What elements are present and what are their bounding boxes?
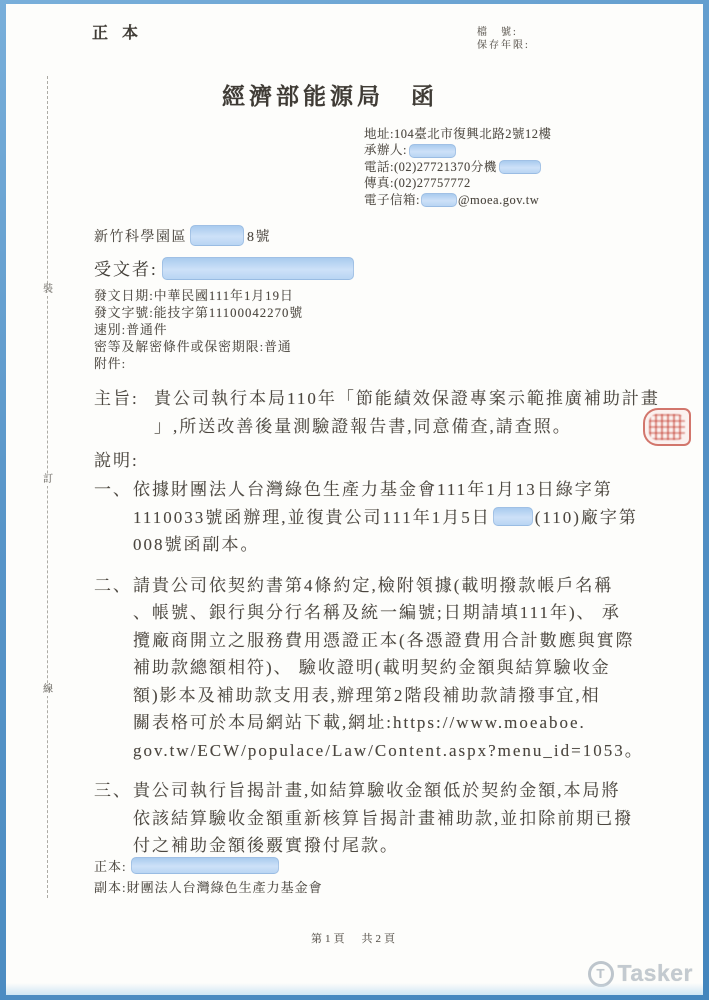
tasker-logo-icon: T [588, 961, 614, 987]
attachment: 附件: [94, 356, 303, 373]
item1-line3: 008號函副本。 [133, 535, 260, 554]
contact-person-row: 承辦人: [364, 142, 551, 158]
cc-copy-row: 副本:財團法人台灣綠色生產力基金會 [94, 878, 323, 899]
redaction-email-user [421, 193, 457, 207]
item3-body: 貴公司執行旨揭計畫,如結算驗收金額低於契約金額,本局將 依該結算驗收金額重新核算… [133, 777, 654, 860]
item3-number: 三、 [94, 777, 133, 860]
explanation-item-2: 二、 請貴公司依契約書第4條約定,檢附領據(載明撥款帳戶名稱 、帳號、銀行與分行… [94, 572, 654, 765]
retention-label: 保存年限: [477, 39, 530, 52]
issue-date: 發文日期:中華民國111年1月19日 [94, 288, 303, 305]
item1-line2-pre: 1110033號函辦理,並復貴公司111年1月5日 [133, 508, 491, 527]
binding-mark-ding: 訂 [41, 474, 55, 486]
binding-dashed-line [47, 76, 48, 898]
item1-line2-post: (110)廠字第 [535, 508, 638, 527]
phone-row: 電話:(02)27721370分機 [364, 159, 551, 175]
redaction-phone-extension [499, 160, 541, 174]
agency-address-row: 地址:104臺北市復興北路2號12樓 [364, 126, 551, 142]
subject-body: 貴公司執行本局110年「節能績效保證專案示範推廣補助計畫 」,所送改善後量測驗證… [154, 385, 684, 441]
distribution-block: 正本: 副本:財團法人台灣綠色生產力基金會 [94, 857, 323, 898]
email-domain-text: @moea.gov.tw [458, 192, 539, 208]
item1-number: 一、 [94, 476, 133, 559]
redaction-company-code [493, 507, 533, 526]
security-level: 密等及解密條件或保密期限:普通 [94, 339, 303, 356]
recipient-street-suffix: 8號 [247, 230, 271, 245]
explanation-items: 一、 依據財團法人台灣綠色生產力基金會111年1月13日綠字第1110033號函… [94, 476, 654, 873]
official-seal-stamp [643, 408, 691, 446]
explanation-item-1: 一、 依據財團法人台灣綠色生產力基金會111年1月13日綠字第1110033號函… [94, 476, 654, 559]
redaction-recipient-name [162, 257, 354, 280]
tasker-brand-text: Tasker [618, 960, 693, 987]
tasker-watermark: T Tasker [588, 960, 693, 987]
fax-text: 傳真:(02)27757772 [364, 175, 471, 191]
file-no-label: 檔 號: [477, 26, 530, 39]
redaction-original-recipient [131, 857, 279, 874]
priority: 速別:普通件 [94, 322, 303, 339]
agency-address-text: 地址:104臺北市復興北路2號12樓 [364, 126, 551, 142]
recipient-address-row: 新竹科學園區8號 [94, 225, 271, 246]
explanation-label: 說明: [94, 446, 139, 471]
explanation-item-3: 三、 貴公司執行旨揭計畫,如結算驗收金額低於契約金額,本局將 依該結算驗收金額重… [94, 777, 654, 860]
redaction-contact-person [409, 144, 456, 158]
copy-type-label: 正本 [92, 20, 152, 43]
fax-row: 傳真:(02)27757772 [364, 175, 551, 191]
doc-number: 發文字號:能技字第11100042270號 [94, 305, 303, 322]
item1-body: 依據財團法人台灣綠色生產力基金會111年1月13日綠字第1110033號函辦理,… [133, 476, 654, 559]
item1-line1: 依據財團法人台灣綠色生產力基金會111年1月13日綠字第 [133, 480, 613, 499]
file-number-block: 檔 號: 保存年限: [477, 26, 530, 52]
email-row: 電子信箱: @moea.gov.tw [364, 192, 551, 208]
recipient-row: 受文者: [94, 255, 354, 280]
seal-ink-texture [649, 414, 685, 440]
original-copy-row: 正本: [94, 857, 323, 878]
page-number: 第1頁 共2頁 [6, 930, 703, 946]
subject-label: 主旨: [94, 385, 154, 441]
email-label: 電子信箱: [364, 192, 420, 208]
item2-body: 請貴公司依契約書第4條約定,檢附領據(載明撥款帳戶名稱 、帳號、銀行與分行名稱及… [133, 572, 654, 765]
phone-text: 電話:(02)27721370分機 [364, 159, 497, 175]
document-meta-block: 發文日期:中華民國111年1月19日 發文字號:能技字第11100042270號… [94, 288, 303, 373]
document-title: 經濟部能源局 函 [222, 78, 438, 111]
binding-mark-xian: 線 [41, 684, 55, 696]
redaction-street-number [190, 225, 244, 246]
agency-contact-block: 地址:104臺北市復興北路2號12樓 承辦人: 電話:(02)27721370分… [364, 126, 551, 208]
contact-person-label: 承辦人: [364, 142, 407, 158]
recipient-street-prefix: 新竹科學園區 [94, 230, 187, 245]
item2-number: 二、 [94, 572, 133, 765]
subject-block: 主旨: 貴公司執行本局110年「節能績效保證專案示範推廣補助計畫 」,所送改善後… [94, 385, 684, 441]
recipient-label: 受文者: [94, 260, 158, 279]
scan-border: 正本 檔 號: 保存年限: 經濟部能源局 函 地址:104臺北市復興北路2號12… [0, 0, 709, 1000]
original-copy-label: 正本: [94, 859, 127, 874]
document-page: 正本 檔 號: 保存年限: 經濟部能源局 函 地址:104臺北市復興北路2號12… [6, 4, 703, 995]
tasker-logo-letter: T [591, 966, 611, 982]
binding-mark-zhuang: 裝 [41, 284, 55, 296]
